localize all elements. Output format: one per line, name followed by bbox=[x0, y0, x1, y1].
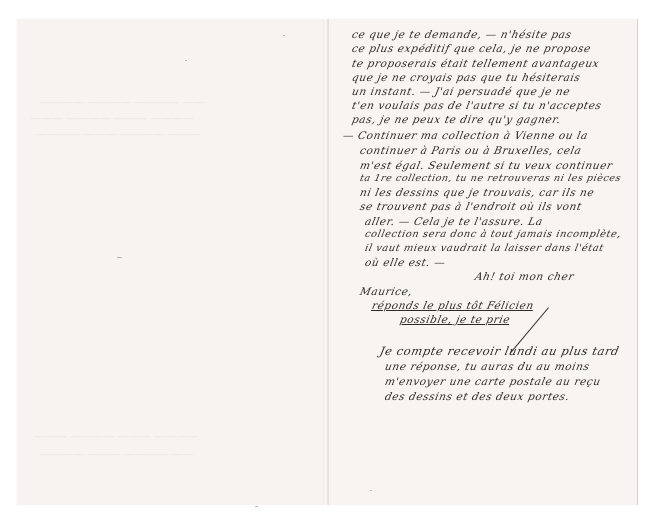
bleed-through-text: ———— ——— ———— —— bbox=[40, 448, 194, 461]
letter-line: réponds le plus tôt Félicien bbox=[371, 300, 535, 312]
paper-speck bbox=[185, 60, 187, 61]
letter-line: continuer à Paris ou à Bruxelles, cela bbox=[359, 145, 583, 157]
bleed-through-text: ——— ———— ——— ———— bbox=[30, 112, 195, 125]
bleed-through-text: ———— ———— ———— —— bbox=[40, 96, 205, 109]
left-page-mark bbox=[255, 506, 258, 507]
letter-line: m'est égal. Seulement si tu veux continu… bbox=[359, 160, 614, 172]
letter-line: — Continuer ma collection à Vienne ou la bbox=[342, 130, 589, 142]
letter-line: te proposerais était tellement avantageu… bbox=[351, 58, 601, 70]
letter-line: ni les dessins que je trouvais, car ils … bbox=[359, 187, 596, 199]
postscript-line: m'envoyer une carte postale au reçu bbox=[384, 376, 602, 388]
letter-line: ce que je te demande, — n'hésite pas bbox=[351, 29, 573, 41]
letter-line: ta 1re collection, tu ne retrouveras ni … bbox=[359, 173, 622, 184]
letter-line: où elle est. — bbox=[364, 257, 447, 269]
letter-line: possible, je te prie bbox=[399, 314, 512, 326]
letter-line: ce plus expéditif que cela, je ne propos… bbox=[351, 43, 592, 55]
paper-speck bbox=[370, 490, 372, 491]
letter-closing: Ah! toi mon cher bbox=[474, 271, 576, 283]
letter-line: aller. — Cela je te l'assure. La bbox=[364, 216, 544, 228]
postscript-line: des dessins et des deux portes. bbox=[384, 391, 571, 403]
bleed-through-text: ——— ———— ——— ———— bbox=[34, 430, 199, 443]
postscript-line: Je compte recevoir lundi au plus tard bbox=[379, 344, 621, 358]
postscript-line: une réponse, tu auras du au moins bbox=[384, 361, 591, 373]
letter-line: collection sera donc à tout jamais incom… bbox=[364, 229, 622, 240]
letter-line: un instant. — J'ai persuadé que je ne bbox=[351, 86, 572, 98]
paper-speck bbox=[283, 35, 285, 36]
letter-line: il vaut mieux vaudrait la laisser dans l… bbox=[364, 243, 605, 254]
left-page-mark bbox=[117, 257, 122, 258]
letter-line: se trouvent pas à l'endroit où ils vont bbox=[359, 201, 583, 213]
letter-line: pas, je ne peux te dire qu'y gagner. bbox=[351, 114, 562, 126]
bleed-through-text: ———— ——— ———— ——— bbox=[36, 128, 201, 141]
letter-line: t'en voulais pas de l'autre si tu n'acce… bbox=[351, 100, 603, 112]
letter-line: que je ne croyais pas que tu hésiterais bbox=[351, 72, 582, 84]
letter-salutation: Maurice, bbox=[359, 286, 414, 298]
